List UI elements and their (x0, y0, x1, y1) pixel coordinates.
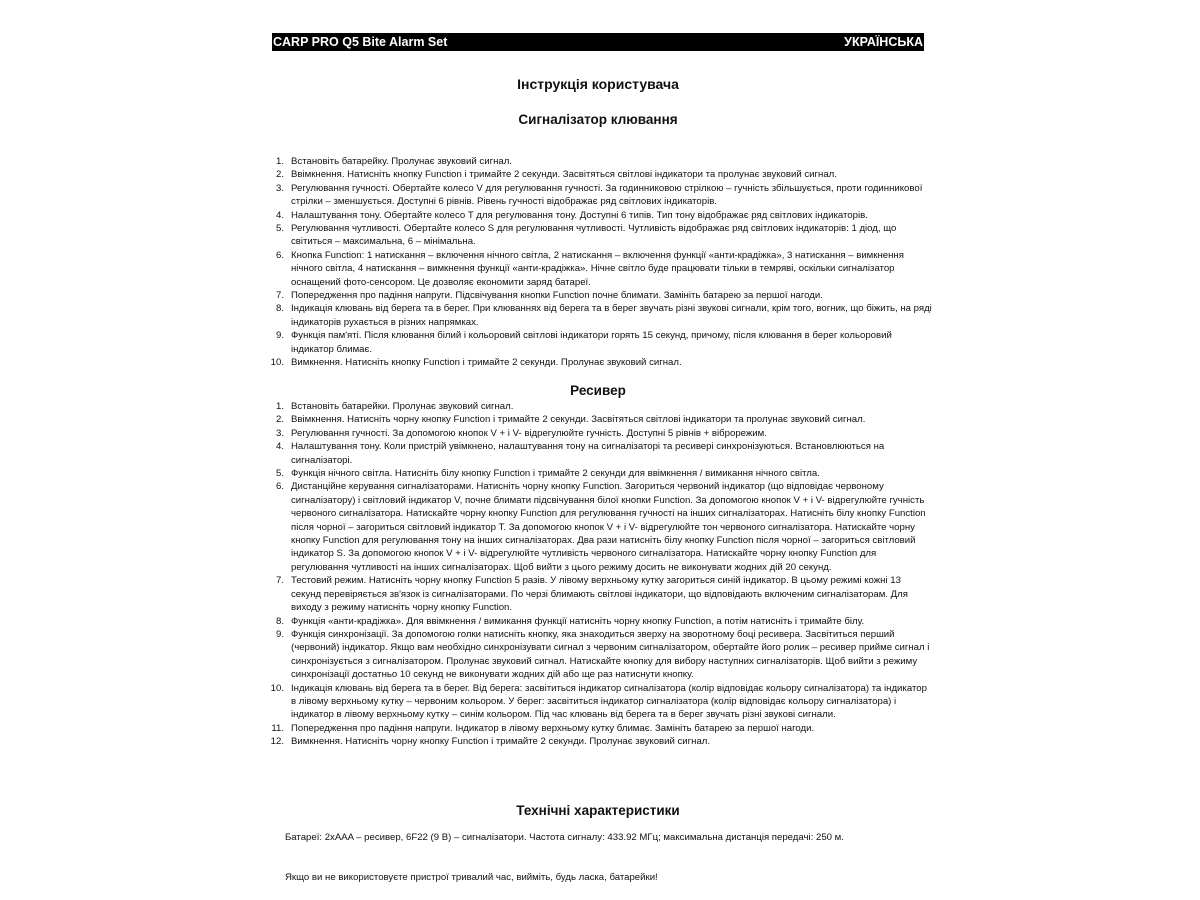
list-item-text: Функція «анти-крадіжка». Для ввімкнення … (291, 616, 864, 627)
specs-text: Батареї: 2xAAA – ресивер, 6F22 (9 В) – с… (285, 831, 925, 844)
list-item-number: 2. (267, 413, 284, 426)
list-item-text: Функція синхронізації. За допомогою голк… (291, 629, 929, 680)
list-item: 8.Індикація клювань від берега та в бере… (272, 302, 932, 329)
list-item-number: 3. (267, 427, 284, 440)
list-item-text: Попередження про падіння напруги. Підсві… (291, 290, 823, 301)
list-item-text: Індикація клювань від берега та в берег.… (291, 683, 927, 721)
list-item-number: 5. (267, 467, 284, 480)
list-item-number: 4. (267, 440, 284, 453)
list-item-number: 6. (267, 480, 284, 493)
list-item-text: Налаштування тону. Обертайте колесо T дл… (291, 210, 868, 221)
list-item: 8.Функція «анти-крадіжка». Для ввімкненн… (272, 615, 932, 628)
list-item-number: 2. (267, 168, 284, 181)
list-item-number: 1. (267, 400, 284, 413)
list-item-text: Ввімкнення. Натисніть чорну кнопку Funct… (291, 414, 865, 425)
list-item-text: Індикація клювань від берега та в берег.… (291, 303, 932, 327)
list-item: 3.Регулювання гучності. За допомогою кно… (272, 427, 932, 440)
list-item-text: Встановіть батарейки. Пролунає звуковий … (291, 401, 513, 412)
list-item-text: Функція пам'яті. Після клювання білий і … (291, 330, 892, 354)
list-item-text: Регулювання гучності. За допомогою кнопо… (291, 428, 767, 439)
list-item-text: Тестовий режим. Натисніть чорну кнопку F… (291, 575, 908, 613)
list-item-number: 12. (267, 735, 284, 748)
list-item-text: Дистанційне керування сигналізаторами. Н… (291, 481, 926, 572)
header-bar: CARP PRO Q5 Bite Alarm Set УКРАЇНСЬКА (272, 33, 924, 51)
list-item-text: Регулювання гучності. Обертайте колесо V… (291, 183, 922, 207)
list-item-number: 3. (267, 182, 284, 195)
list-item: 9.Функція пам'яті. Після клювання білий … (272, 329, 932, 356)
list-item: 2.Ввімкнення. Натисніть кнопку Function … (272, 168, 932, 181)
list-item-number: 11. (267, 722, 284, 735)
language-label: УКРАЇНСЬКА (844, 35, 923, 49)
list-item: 12.Вимкнення. Натисніть чорну кнопку Fun… (272, 735, 932, 748)
list-item: 1.Встановіть батарейки. Пролунає звукови… (272, 400, 932, 413)
list-item-number: 9. (267, 329, 284, 342)
list-item-number: 6. (267, 249, 284, 262)
list-item: 10.Індикація клювань від берега та в бер… (272, 682, 932, 722)
product-name: CARP PRO Q5 Bite Alarm Set (273, 35, 447, 49)
list-item-number: 7. (267, 574, 284, 587)
list-item: 5.Функція нічного світла. Натисніть білу… (272, 467, 932, 480)
list-item: 4.Налаштування тону. Обертайте колесо T … (272, 209, 932, 222)
list-item: 6.Кнопка Function: 1 натискання – включе… (272, 249, 932, 289)
document-title: Інструкція користувача (272, 76, 924, 92)
list-item: 5.Регулювання чутливості. Обертайте коле… (272, 222, 932, 249)
list-item-text: Ввімкнення. Натисніть кнопку Function і … (291, 169, 837, 180)
list-item-number: 10. (267, 356, 284, 369)
list-item: 3.Регулювання гучності. Обертайте колесо… (272, 182, 932, 209)
list-item-text: Налаштування тону. Коли пристрій увімкне… (291, 441, 884, 465)
list-item: 11.Попередження про падіння напруги. Інд… (272, 722, 932, 735)
list-item: 7.Тестовий режим. Натисніть чорну кнопку… (272, 574, 932, 614)
section-title-bite-alarm: Сигналізатор клювання (272, 112, 924, 127)
list-item: 10.Вимкнення. Натисніть кнопку Function … (272, 356, 932, 369)
list-item-number: 10. (267, 682, 284, 695)
list-item-text: Регулювання чутливості. Обертайте колесо… (291, 223, 896, 247)
list-item-number: 9. (267, 628, 284, 641)
document-page: CARP PRO Q5 Bite Alarm Set УКРАЇНСЬКА Ін… (272, 33, 924, 51)
list-item: 1.Встановіть батарейку. Пролунає звукови… (272, 155, 932, 168)
list-item-text: Вимкнення. Натисніть кнопку Function і т… (291, 357, 682, 368)
bite-alarm-list: 1.Встановіть батарейку. Пролунає звукови… (272, 155, 932, 370)
section-title-specs: Технічні характеристики (272, 803, 924, 818)
list-item-number: 8. (267, 302, 284, 315)
list-item: 7.Попередження про падіння напруги. Підс… (272, 289, 932, 302)
list-item-number: 8. (267, 615, 284, 628)
list-item-text: Встановіть батарейку. Пролунає звуковий … (291, 156, 512, 167)
list-item: 2.Ввімкнення. Натисніть чорну кнопку Fun… (272, 413, 932, 426)
list-item: 9.Функція синхронізації. За допомогою го… (272, 628, 932, 682)
list-item-number: 1. (267, 155, 284, 168)
section-title-receiver: Ресивер (272, 383, 924, 398)
list-item: 4.Налаштування тону. Коли пристрій увімк… (272, 440, 932, 467)
list-item-text: Вимкнення. Натисніть чорну кнопку Functi… (291, 736, 710, 747)
list-item-number: 5. (267, 222, 284, 235)
list-item-text: Кнопка Function: 1 натискання – включенн… (291, 250, 904, 288)
list-item-number: 7. (267, 289, 284, 302)
list-item-number: 4. (267, 209, 284, 222)
footer-note: Якщо ви не використовуєте пристрої трива… (285, 871, 925, 884)
list-item-text: Попередження про падіння напруги. Індика… (291, 723, 814, 734)
receiver-list: 1.Встановіть батарейки. Пролунає звукови… (272, 400, 932, 749)
list-item-text: Функція нічного світла. Натисніть білу к… (291, 468, 820, 479)
list-item: 6.Дистанційне керування сигналізаторами.… (272, 480, 932, 574)
